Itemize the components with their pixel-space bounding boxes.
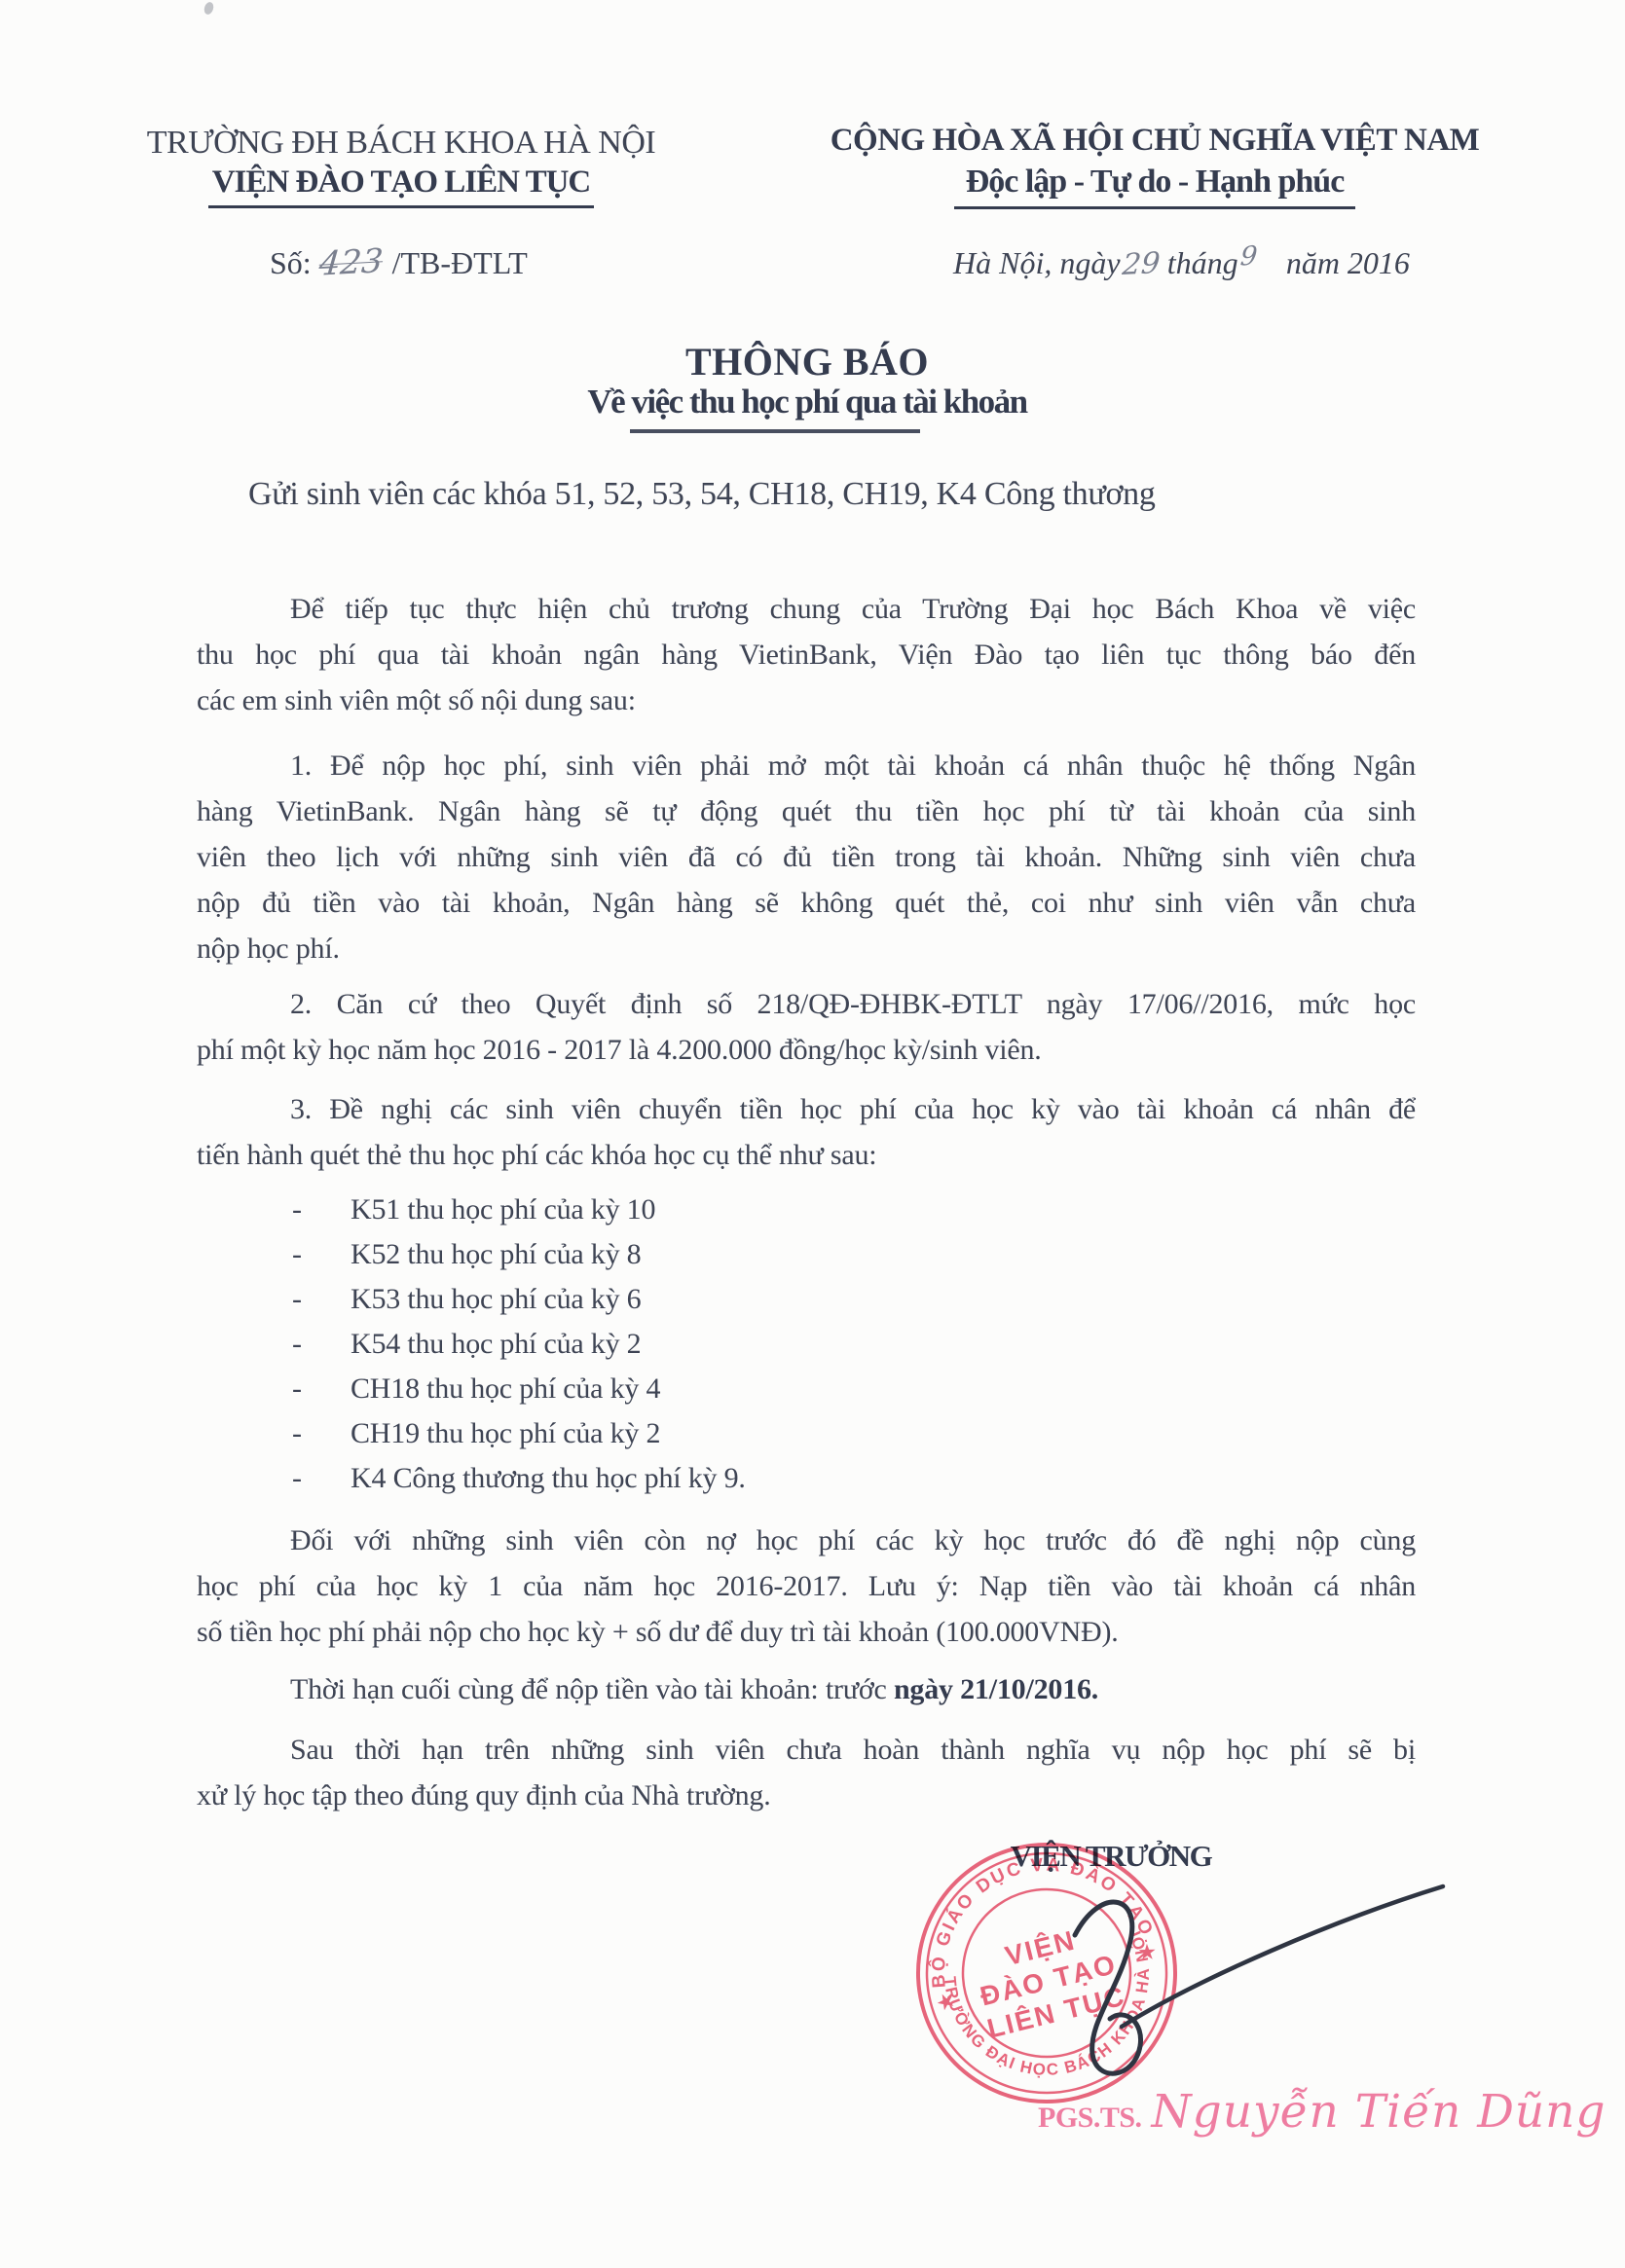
list-item-text: K51 thu học phí của kỳ 10 <box>351 1193 655 1225</box>
deadline-date: ngày 21/10/2016. <box>894 1673 1098 1705</box>
list-item-text: K53 thu học phí của kỳ 6 <box>351 1283 641 1315</box>
paragraph-item-1: 1. Để nộp học phí, sinh viên phải mở một… <box>197 743 1416 971</box>
ref-suffix: /TB-ĐTLT <box>392 245 528 280</box>
list-item: -K53 thu học phí của kỳ 6 <box>197 1277 1416 1322</box>
text-line: 2. Căn cứ theo Quyết định số 218/QĐ-ĐHBK… <box>197 981 1416 1027</box>
list-dash: - <box>292 1456 302 1501</box>
list-item: -K4 Công thương thu học phí kỳ 9. <box>197 1456 1416 1501</box>
semester-fee-list: -K51 thu học phí của kỳ 10-K52 thu học p… <box>197 1188 1416 1501</box>
text-line: số tiền học phí phải nộp cho học kỳ + số… <box>197 1609 1416 1655</box>
paragraph-penalty: Sau thời hạn trên những sinh viên chưa h… <box>197 1727 1416 1818</box>
text-line: thu học phí qua tài khoản ngân hàng Viet… <box>197 632 1416 677</box>
list-dash: - <box>292 1188 302 1232</box>
dateline: Hà Nội, ngày29 tháng9năm 2016 <box>953 245 1410 281</box>
document-page: TRƯỜNG ĐH BÁCH KHOA HÀ NỘI VIỆN ĐÀO TẠO … <box>0 0 1625 2268</box>
list-item: -CH19 thu học phí của kỳ 2 <box>197 1411 1416 1456</box>
list-dash: - <box>292 1322 302 1367</box>
deadline-prefix: Thời hạn cuối cùng để nộp tiền vào tài k… <box>290 1673 894 1705</box>
list-item-text: CH18 thu học phí của kỳ 4 <box>351 1372 660 1405</box>
signer-name-line: PGS.TS. Nguyễn Tiến Dũng <box>1038 2085 1496 2139</box>
national-motto: Độc lập - Tự do - Hạnh phúc <box>954 164 1356 209</box>
list-item: -K52 thu học phí của kỳ 8 <box>197 1232 1416 1277</box>
paragraph-item-2: 2. Căn cứ theo Quyết định số 218/QĐ-ĐHBK… <box>197 981 1416 1073</box>
national-header-block: CỘNG HÒA XÃ HỘI CHỦ NGHĨA VIỆT NAM Độc l… <box>800 123 1509 209</box>
text-line: xử lý học tập theo đúng quy định của Nhà… <box>197 1773 1416 1818</box>
reference-number: Số:423/TB-ĐTLT <box>270 243 528 282</box>
ref-label: Số: <box>270 245 312 280</box>
recipient-line: Gửi sinh viên các khóa 51, 52, 53, 54, C… <box>248 476 1156 513</box>
org-name: VIỆN ĐÀO TẠO LIÊN TỤC <box>208 165 595 208</box>
text-line: 3. Đề nghị các sinh viên chuyển tiền học… <box>197 1086 1416 1132</box>
country-title: CỘNG HÒA XÃ HỘI CHỦ NGHĨA VIỆT NAM <box>800 123 1509 159</box>
text-line: 1. Để nộp học phí, sinh viên phải mở một… <box>197 743 1416 788</box>
date-month-label: tháng <box>1167 245 1238 280</box>
text-line: Đối với những sinh viên còn nợ học phí c… <box>197 1518 1416 1563</box>
text-line: viên theo lịch với những sinh viên đã có… <box>197 834 1416 880</box>
text-line: nộp đủ tiền vào tài khoản, Ngân hàng sẽ … <box>197 880 1416 926</box>
list-dash: - <box>292 1232 302 1277</box>
list-dash: - <box>292 1277 302 1322</box>
paragraph-item-3: 3. Đề nghị các sinh viên chuyển tiền học… <box>197 1086 1416 1178</box>
list-dash: - <box>292 1367 302 1411</box>
text-line: nộp học phí. <box>197 926 1416 971</box>
signature-stroke <box>1024 1859 1472 2088</box>
list-item: -CH18 thu học phí của kỳ 4 <box>197 1367 1416 1411</box>
date-year: năm 2016 <box>1286 245 1410 280</box>
text-line: Thời hạn cuối cùng để nộp tiền vào tài k… <box>197 1666 1416 1712</box>
issuing-org-block: TRƯỜNG ĐH BÁCH KHOA HÀ NỘI VIỆN ĐÀO TẠO … <box>135 125 667 208</box>
text-line: học phí của học kỳ 1 của năm học 2016-20… <box>197 1563 1416 1609</box>
org-parent-name: TRƯỜNG ĐH BÁCH KHOA HÀ NỘI <box>135 125 667 162</box>
text-line: phí một kỳ học năm học 2016 - 2017 là 4.… <box>197 1027 1416 1073</box>
signature-flourish <box>1122 1886 1443 2027</box>
date-month-handwritten: 9 <box>1238 241 1258 273</box>
text-line: các em sinh viên một số nội dung sau: <box>197 677 1416 723</box>
paragraph-debt-note: Đối với những sinh viên còn nợ học phí c… <box>197 1518 1416 1655</box>
subtitle-underline <box>630 429 920 433</box>
list-item-text: K54 thu học phí của kỳ 2 <box>351 1328 641 1360</box>
text-line: Sau thời hạn trên những sinh viên chưa h… <box>197 1727 1416 1773</box>
paragraph-deadline: Thời hạn cuối cùng để nộp tiền vào tài k… <box>197 1666 1416 1712</box>
text-line: hàng VietinBank. Ngân hàng sẽ tự động qu… <box>197 788 1416 834</box>
signer-name: Nguyễn Tiến Dũng <box>1152 2085 1607 2139</box>
signature-loop <box>1075 1902 1141 2073</box>
text-line: Để tiếp tục thực hiện chủ trương chung c… <box>197 586 1416 632</box>
list-item-text: K4 Công thương thu học phí kỳ 9. <box>351 1462 746 1494</box>
signer-academic-title: PGS.TS. <box>1038 2102 1142 2135</box>
date-place: Hà Nội, ngày <box>953 245 1121 280</box>
list-item-text: K52 thu học phí của kỳ 8 <box>351 1238 641 1270</box>
list-item: -K51 thu học phí của kỳ 10 <box>197 1188 1416 1232</box>
scan-speck <box>203 1 215 16</box>
list-dash: - <box>292 1411 302 1456</box>
list-item: -K54 thu học phí của kỳ 2 <box>197 1322 1416 1367</box>
date-day-handwritten: 29 <box>1121 246 1161 282</box>
ref-number-handwritten: 423 <box>317 241 385 283</box>
list-item-text: CH19 thu học phí của kỳ 2 <box>351 1417 660 1449</box>
document-title: THÔNG BÁO <box>0 339 1614 384</box>
paragraph-intro: Để tiếp tục thực hiện chủ trương chung c… <box>197 586 1416 723</box>
text-line: tiến hành quét thẻ thu học phí các khóa … <box>197 1132 1416 1178</box>
document-subtitle: Về việc thu học phí qua tài khoản <box>0 383 1614 421</box>
